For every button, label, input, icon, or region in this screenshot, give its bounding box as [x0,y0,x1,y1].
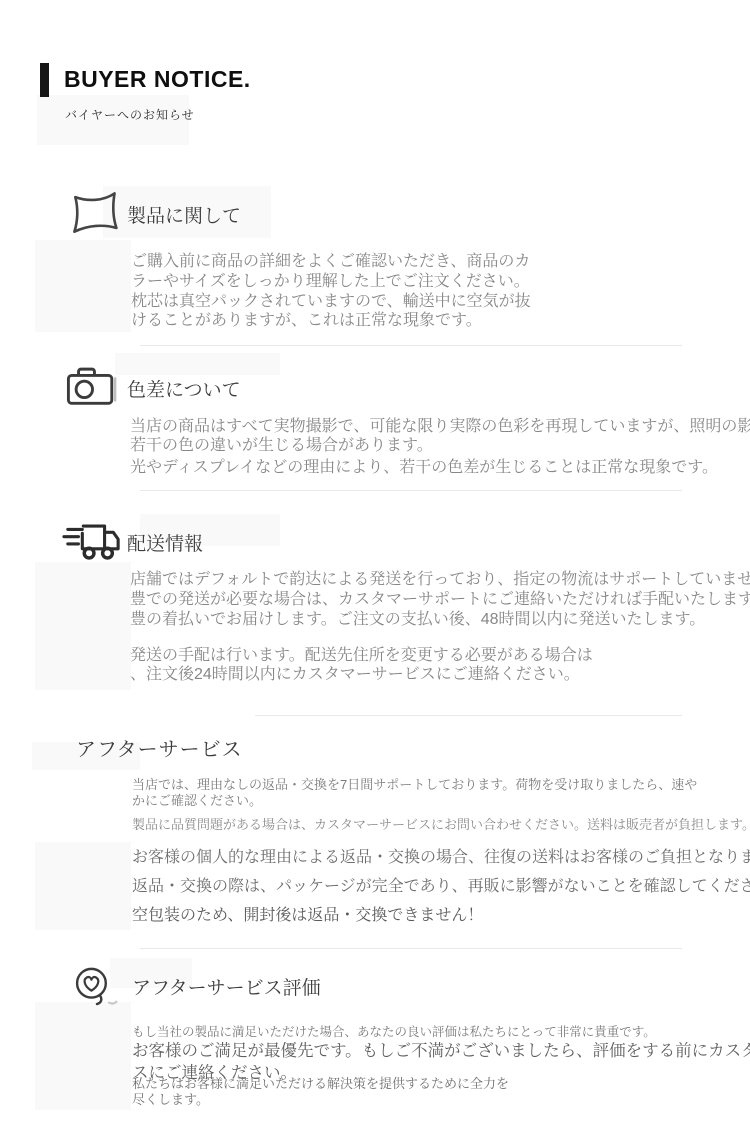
section-heading-review: アフターサービス評価 [132,973,321,1000]
product-text-line: ラーやサイズをしっかり理解した上でご注文ください。 [131,272,530,292]
section-divider [255,715,682,716]
page-subtitle: バイヤーへのお知らせ [65,106,195,123]
after-service-point: お客様の個人的な理由による返品・交換の場合、往復の送料はお客様のご負担となりま [132,844,750,867]
background-patch [35,1002,131,1110]
review-intro: もし当社の製品に満足いただけた場合、あなたの良い評価は私たちにとって非常に貴重で… [132,1022,656,1040]
shipping-text-line: 発送の手配は行います。配送先住所を変更する必要がある場合は [130,646,593,666]
section-divider [140,490,682,491]
background-patch [115,353,280,375]
section-divider [140,345,682,346]
product-text-line: けることがありますが、これは正常な現象です。 [131,311,482,331]
shipping-text-line: 豊の着払いでお届けします。ご注文の支払い後、48時間以内に発送いたします。 [130,610,705,630]
after-service-point: 返品・交換の際は、パッケージが完全であり、再販に影響がないことを確認してくださ [132,873,750,896]
section-heading-color-difference: 色差について [127,375,241,402]
heart-bubble-icon [72,963,122,1009]
page-title: BUYER NOTICE. [64,66,251,93]
truck-icon [62,520,122,564]
review-footnote-line: 尽くします。 [132,1092,209,1108]
section-heading-shipping: 配送情報 [127,529,203,556]
background-patch [35,240,131,332]
section-heading-product: 製品に関して [127,201,241,228]
section-divider [140,948,682,949]
background-patch [35,562,131,690]
product-text-line: ご購入前に商品の詳細をよくご確認いただき、商品のカ [131,252,530,272]
shipping-text-line: 、注文後24時間以内にカスタマーサービスにご連絡ください。 [130,665,580,685]
shipping-text-line: 豊での発送が必要な場合は、カスタマーサポートにご連絡いただければ手配いたします [130,590,750,610]
review-main-line: お客様のご満足が最優先です。もしご不満がございましたら、評価をする前にカスタマ [132,1040,750,1062]
after-service-text-line: かにご確認ください。 [132,793,262,809]
background-patch [35,842,131,930]
color-difference-text-line: 当店の商品はすべて実物撮影で、可能な限り実際の色彩を再現していますが、照明の影 [130,417,750,437]
shipping-text-line: 店舗ではデフォルトで韵达による発送を行っており、指定の物流はサポートしていませ [130,570,750,590]
color-difference-text-line: 光やディスプレイなどの理由により、若干の色差が生じることは正常な現象です。 [130,458,718,478]
section-heading-after-service: アフターサービス [76,733,243,762]
pillow-icon [66,188,122,238]
camera-icon [66,364,120,408]
product-text-line: 枕芯は真空パックされていますので、輸送中に空気が抜 [131,292,531,312]
review-footnote-line: 私たちはお客様に満足いただける解決策を提供するために全力を [132,1076,509,1092]
color-difference-text-line: 若干の色の違いが生じる場合があります。 [130,436,433,456]
title-accent-bar [40,63,49,97]
after-service-text-line: 当店では、理由なしの返品・交換を7日間サポートしております。荷物を受け取りました… [132,777,697,793]
after-service-point: 空包装のため、開封後は返品・交換できません！ [132,902,483,925]
after-service-note: 製品に品質問題がある場合は、カスタマーサービスにお問い合わせください。送料は販売… [132,814,750,833]
